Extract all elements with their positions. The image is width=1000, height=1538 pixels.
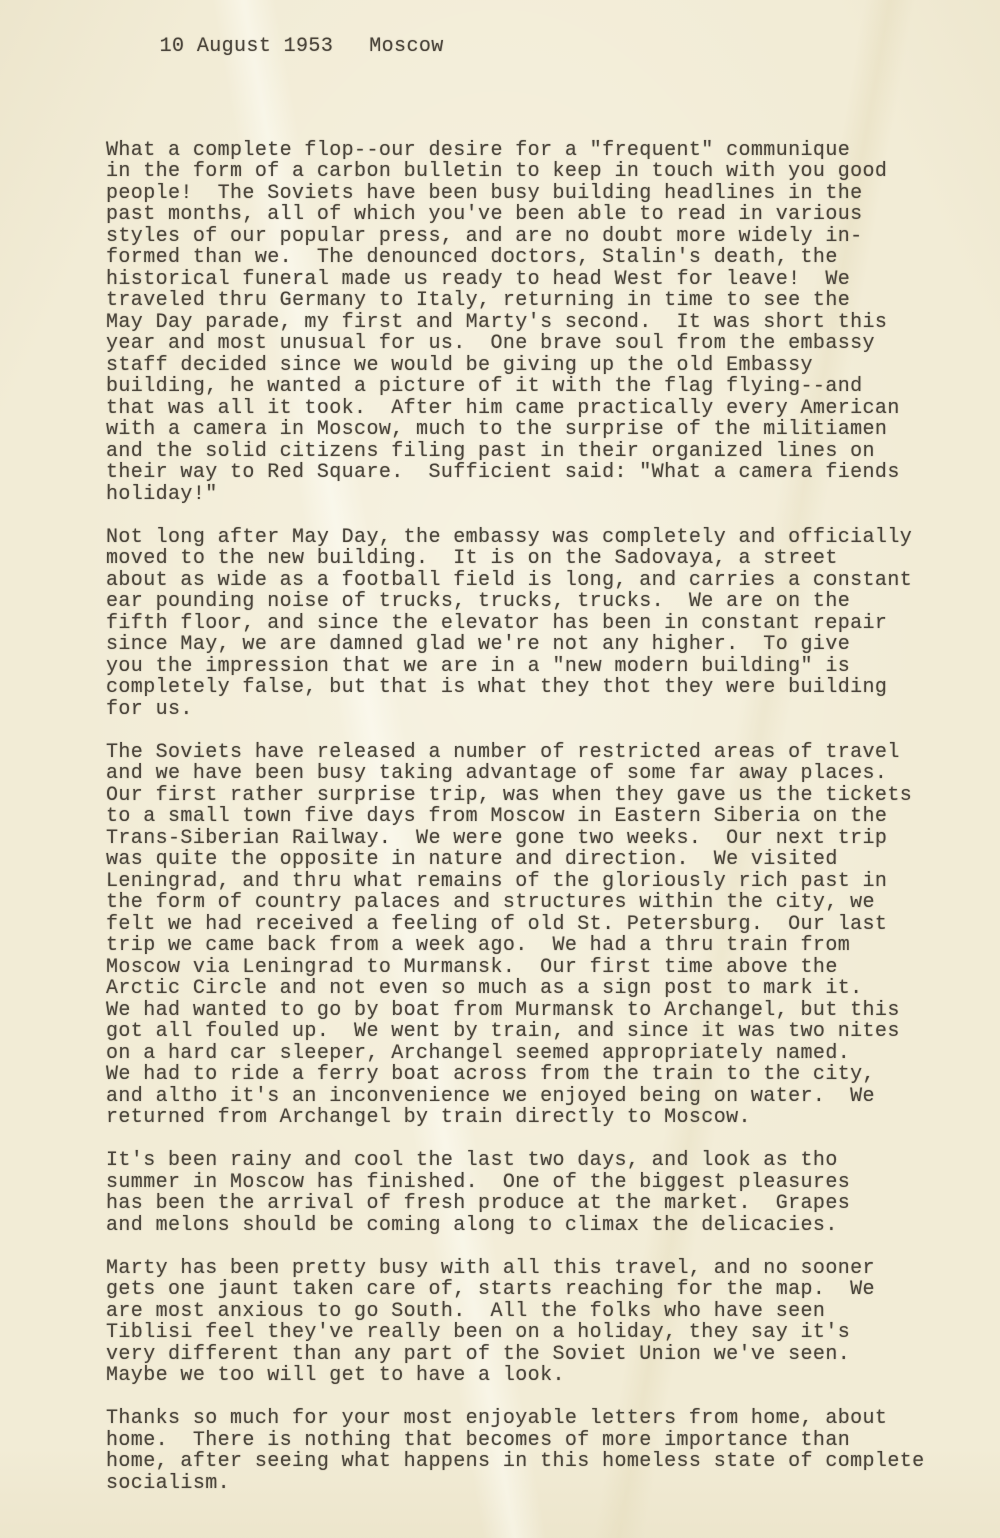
location-text: Moscow	[369, 35, 443, 58]
paragraph-3: The Soviets have released a number of re…	[106, 742, 966, 1129]
letter-body: What a complete flop--our desire for a "…	[106, 140, 966, 1495]
paragraph-2: Not long after May Day, the embassy was …	[106, 527, 966, 721]
date-location-line: 10 August 1953Moscow	[110, 14, 1000, 79]
paragraph-1: What a complete flop--our desire for a "…	[106, 140, 966, 506]
letter-page: 10 August 1953Moscow What a complete flo…	[0, 14, 1000, 1494]
paragraph-4: It's been rainy and cool the last two da…	[106, 1150, 966, 1236]
paragraph-5: Marty has been pretty busy with all this…	[106, 1258, 966, 1387]
paragraph-6: Thanks so much for your most enjoyable l…	[106, 1408, 966, 1494]
date-text: 10 August 1953	[160, 35, 334, 58]
